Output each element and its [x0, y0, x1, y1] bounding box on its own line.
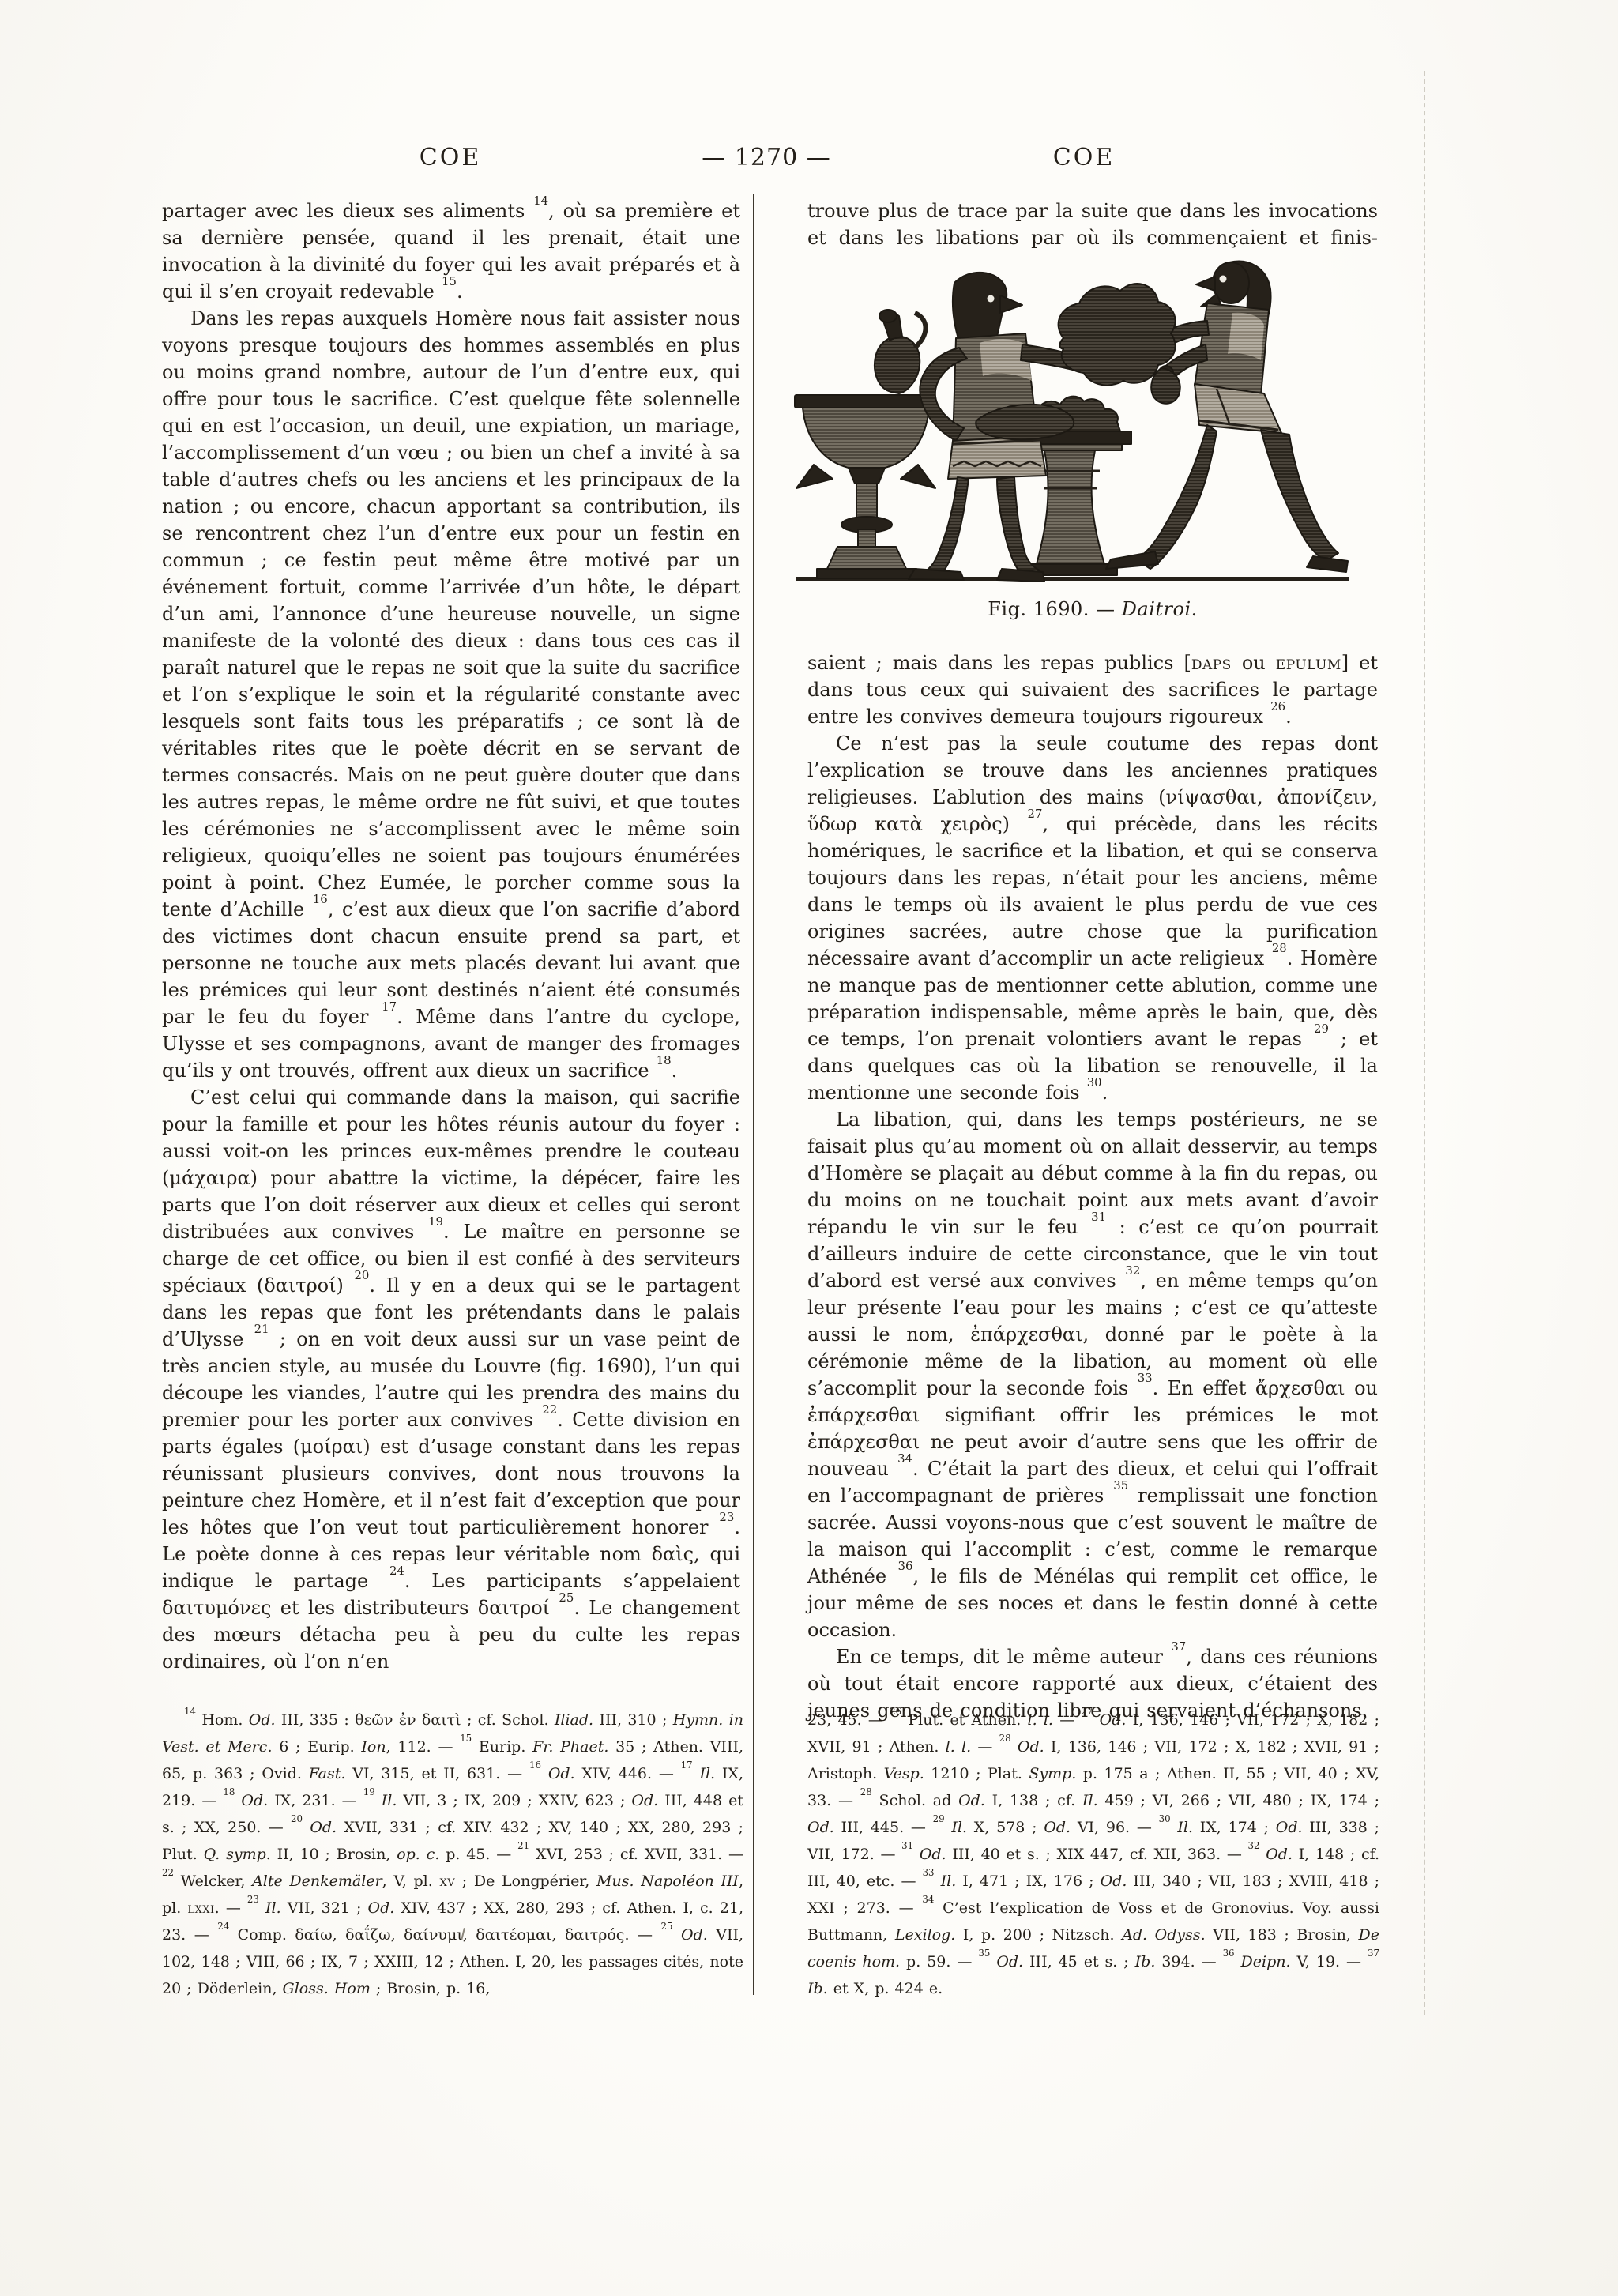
footnotes-left: 14 Hom. Od. III, 335 : θεῶν ἐν δαιτὶ ; c… [162, 1707, 743, 2002]
meat-portion [1059, 284, 1180, 404]
figure-caption: Fig. 1690. — Daitroi. [807, 598, 1378, 620]
paragraph: partager avec les dieux ses aliments 14,… [162, 198, 740, 305]
paragraph: La libation, qui, dans les temps postéri… [807, 1106, 1378, 1643]
column-divider-rule [753, 194, 754, 1995]
running-head-right: COE [807, 144, 1360, 171]
right-column-text: saient ; mais dans les repas publics [da… [807, 649, 1378, 1724]
scan-artifact [466, 1958, 468, 1960]
footnotes-right: 23, 45. — 26 Plut. et Athen. l. l. — 27 … [807, 1707, 1379, 2002]
figure-1690-engraving [790, 237, 1383, 593]
running-head-left: COE [162, 144, 739, 171]
scanned-page: COE — 1270 — COE partager avec les dieux… [0, 0, 1618, 2296]
page-edge-line [1424, 71, 1425, 2015]
paragraph: Dans les repas auxquels Homère nous fait… [162, 305, 740, 1084]
paragraph: C’est celui qui commande dans la maison,… [162, 1084, 740, 1675]
left-column-text: partager avec les dieux ses aliments 14,… [162, 198, 740, 1675]
vase-painting-engraving [790, 237, 1383, 593]
paragraph: saient ; mais dans les repas publics [da… [807, 649, 1378, 730]
paragraph: Ce n’est pas la seule coutume des repas … [807, 730, 1378, 1106]
krater-and-jug [795, 310, 935, 578]
